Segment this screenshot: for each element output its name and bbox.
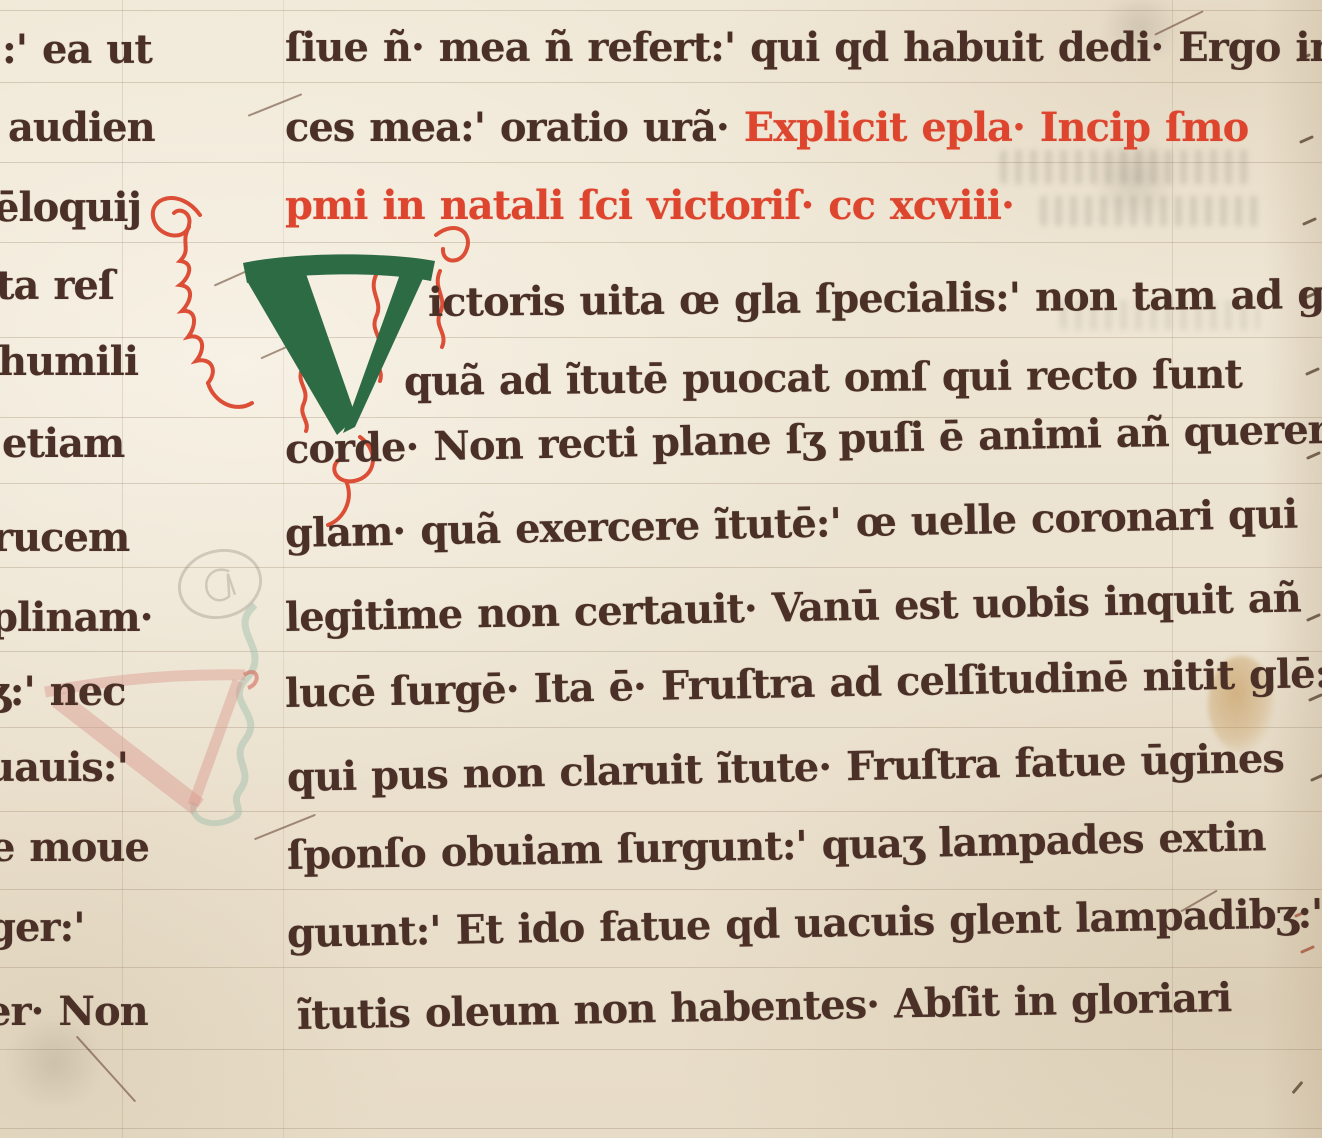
margin-text: :' ea ut [2, 26, 152, 73]
text-segment: ictoris uita œ gla ſpecialis:' non tam a… [428, 270, 1322, 326]
margin-line-8: plinam· [0, 598, 153, 638]
margin-line-3: ēloquij [0, 188, 141, 228]
rubric-segment: pmi in natali ſci victoriſ· cc xcviii· [285, 182, 1014, 229]
margin-line-11: e moue [0, 828, 149, 868]
margin-line-9: ʒ:' nec [0, 672, 126, 712]
prick-mark [1300, 945, 1315, 954]
ruling-line-vertical [122, 0, 123, 1138]
margin-line-10: uauis:' [0, 748, 128, 788]
text-segment: legitime non certauit· Vanū est uobis in… [285, 575, 1302, 641]
text-segment: ces mea:' oratio urã· [285, 104, 744, 151]
ruling-line [0, 889, 1322, 890]
margin-text: humili [0, 338, 138, 385]
margin-text: audien [8, 104, 155, 151]
text-line-13: ĩtutis oleum non habentes· Abſit in glor… [297, 978, 1232, 1036]
text-line-9: lucē ſurgē· Ita ē· Fruſtra ad celſitudin… [285, 654, 1322, 714]
text-line-2: ces mea:' oratio urã· Explicit epla· Inc… [285, 108, 1248, 148]
rubric-segment: Explicit epla· Incip ſmo [744, 104, 1248, 151]
margin-text: etiam [2, 420, 124, 467]
ruling-line [0, 1049, 1322, 1050]
text-line-3: pmi in natali ſci victoriſ· cc xcviii· [285, 186, 1014, 226]
margin-line-5: humili [0, 342, 138, 382]
margin-line-1: :' ea ut [2, 30, 152, 70]
margin-line-2: audien [8, 108, 155, 148]
prick-mark [1305, 367, 1320, 376]
text-segment: ĩtutis oleum non habentes· Abſit in glor… [297, 974, 1232, 1039]
text-line-10: qui pus non claruit ĩtute· Fruſtra fatue… [287, 739, 1285, 798]
margin-text: uauis:' [0, 744, 128, 791]
margin-text: ēloquij [0, 184, 141, 231]
prick-mark [1302, 217, 1317, 226]
margin-text: er· Non [0, 988, 148, 1035]
manuscript-page: :' ea ut audien ēloquij ta reſ humili et… [0, 0, 1322, 1138]
ruling-line [0, 967, 1322, 968]
text-line-8: legitime non certauit· Vanū est uobis in… [285, 579, 1301, 638]
prick-mark [1310, 773, 1322, 782]
ruling-line [0, 1128, 1322, 1129]
text-line-1: ſiue ñ· mea ñ refert:' qui qd habuit ded… [285, 28, 1322, 68]
margin-text: ta reſ [0, 262, 114, 309]
text-segment: guunt:' Et ido fatue qd uacuis glent lam… [287, 890, 1322, 957]
margin-text: ger:' [0, 904, 85, 951]
margin-line-12: ger:' [0, 908, 85, 948]
text-segment: qui pus non claruit ĩtute· Fruſtra fatue… [287, 735, 1285, 801]
margin-text: e moue [0, 824, 149, 871]
margin-line-13: er· Non [0, 992, 148, 1032]
margin-line-6: etiam [2, 424, 124, 464]
margin-text: rucem [0, 514, 129, 561]
prick-mark [1292, 1081, 1304, 1094]
margin-text: ʒ:' nec [0, 668, 126, 715]
text-line-12: guunt:' Et ido fatue qd uacuis glent lam… [287, 894, 1322, 954]
text-segment: ſiue ñ· mea ñ refert:' qui qd habuit ded… [285, 24, 1322, 71]
text-line-4: ictoris uita œ gla ſpecialis:' non tam a… [428, 274, 1322, 323]
margin-text: plinam· [0, 594, 153, 641]
text-line-5: quã ad ĩtutē puocat omſ qui recto ſunt [404, 355, 1242, 402]
text-segment: quã ad ĩtutē puocat omſ qui recto ſunt [404, 351, 1242, 405]
margin-line-4: ta reſ [0, 266, 114, 306]
text-line-11: ſponſo obuiam ſurgunt:' quaʒ lampades ex… [287, 817, 1266, 876]
prick-mark [1299, 135, 1314, 144]
text-segment: lucē ſurgē· Ita ē· Fruſtra ad celſitudin… [285, 650, 1322, 717]
ruling-line [0, 82, 1322, 83]
margin-line-7: rucem [0, 518, 129, 558]
prick-mark [1306, 613, 1321, 622]
text-segment: ſponſo obuiam ſurgunt:' quaʒ lampades ex… [287, 813, 1266, 879]
